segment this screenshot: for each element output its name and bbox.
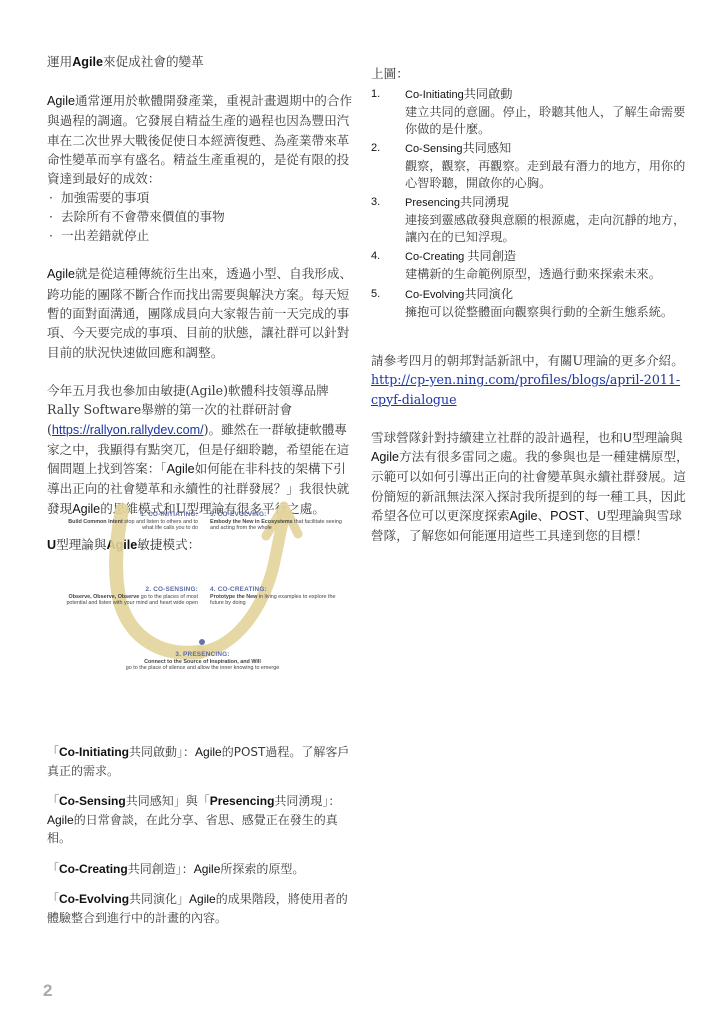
step-1-text: stop and listen to others and to what li… [123,519,198,532]
step-4-bold: Prototype the New [210,594,257,600]
rally-link[interactable]: https://rallyon.rallydev.com/ [52,423,204,437]
diagram-step-5: 5. CO-EVOLVING: Embody the New in Ecosys… [210,512,345,532]
closing-text-1: 雪球營隊針對持續建立社群的設計過程，也和U型理論與 [371,430,682,445]
u-agile-mapping: 「Co-Initiating共同啟動」：Agile的POST過程。了解客戶真正的… [47,743,357,939]
step-3-bold: Connect to the Source of Inspiration, an… [80,659,325,666]
step-title: Co-Initiating共同啟動 [405,85,693,104]
mapping-term: Co-Initiating [59,745,129,759]
bullet-icon: · [49,188,61,207]
step-1-bold: Build Common Intent [68,519,123,525]
list-item: ·加強需要的事項 [47,188,357,207]
bracket-open: 「 [47,794,59,808]
step-desc: 建立共同的意圖。停止，聆聽其他人，了解生命需要你做的是什麼。 [405,104,693,137]
mapping-term: Co-Evolving [59,892,129,906]
list-item-text: 去除所有不會帶來價值的事物 [61,209,225,224]
diagram-step-3: 3. PRESENCING: Connect to the Source of … [80,652,325,672]
mapping-agile: Agile [47,813,74,827]
step-3-head: 3. PRESENCING: [80,652,325,659]
step-number: 5. [371,285,380,303]
step-2-head: 2. CO-SENSING: [60,587,198,594]
right-column: 上圖： 1. Co-Initiating共同啟動 建立共同的意圖。停止，聆聽其他… [371,64,693,546]
mapping-agile: Agile [195,745,222,759]
intro-text: 通常運用於軟體開發產業，重視計畫週期中的合作與過程的調適。它發展自精益生產的過程… [47,93,352,186]
step-en: Co-Creating [405,251,467,263]
closing-post: POST [550,509,584,523]
step-desc: 觀察，觀察，再觀察。走到最有潛力的地方，用你的心智聆聽，開啟你的心胸。 [405,158,693,191]
mapping-agile: Agile [189,892,216,906]
step-title: Co-Sensing共同感知 [405,139,693,158]
list-item: ·去除所有不會帶來價值的事物 [47,207,357,226]
bracket-open: 「 [47,892,59,906]
closing-paragraph: 雪球營隊針對持續建立社群的設計過程，也和U型理論與Agile方法有很多雷同之處。… [371,428,693,546]
closing-agile-2: Agile [510,509,538,523]
reference-text: 請參考四月的朝邦對話新訊中，有關U理論的更多介紹。 [371,353,684,368]
step-title: Co-Evolving共同演化 [405,285,693,304]
step-en: Co-Initiating [405,89,464,101]
step-5-bold: Embody the New in Ecosystems [210,519,293,525]
step-title: Presencing共同湧現 [405,193,693,212]
step-zh: 共同創造 [467,249,516,263]
mapping-zh: 共同啟動」： [129,745,195,759]
above-label: 上圖： [371,64,693,83]
mapping-co-initiating: 「Co-Initiating共同啟動」：Agile的POST過程。了解客戶真正的… [47,743,357,780]
article-title: 運用Agile來促成社會的變革 [47,52,357,72]
lean-principles-list: ·加強需要的事項 ·去除所有不會帶來價值的事物 ·一出差錯就停止 [47,188,357,245]
agile-lead: Agile [47,267,75,281]
step-zh: 共同湧現 [460,195,509,209]
mapping-co-evolving: 「Co-Evolving共同演化」Agile的成果階段，將使用者的體驗整合到進行… [47,890,357,927]
u-theory-diagram: 1. CO-INITIATING: Build Common Intent st… [60,492,345,702]
list-item: ·一出差錯就停止 [47,226,357,245]
step-title: Co-Creating 共同創造 [405,247,693,266]
mapping-co-sensing-presencing: 「Co-Sensing共同感知」與「Presencing共同湧現」：Agile的… [47,792,357,848]
diagram-step-2: 2. CO-SENSING: Observe, Observe, Observe… [60,587,198,607]
mapping-zh-2: 共同湧現」： [274,794,340,808]
step-2-bold: Observe, Observe, Observe [69,594,140,600]
step-en: Co-Sensing [405,143,462,155]
bracket-open: 「 [47,862,59,876]
step-1-head: 1. CO-INITIATING: [60,512,198,519]
step-en: Co-Evolving [405,289,464,301]
mapping-term-2: Presencing [210,794,275,808]
bullet-icon: · [49,207,61,226]
u-step-2: 2. Co-Sensing共同感知 觀察，觀察，再觀察。走到最有潛力的地方，用你… [371,139,693,191]
intro-lead: Agile [47,94,75,108]
list-item-text: 加強需要的事項 [61,190,149,205]
heading-u: U [47,538,56,552]
step-desc: 擁抱可以從整體面向觀察與行動的全新生態系統。 [405,304,693,321]
u-step-5: 5. Co-Evolving共同演化 擁抱可以從整體面向觀察與行動的全新生態系統… [371,285,693,321]
closing-agile-1: Agile [371,450,399,464]
bracket-open: 「 [47,745,59,759]
step-number: 1. [371,85,380,103]
page-number: 2 [43,981,52,1001]
step-zh: 共同感知 [462,141,511,155]
mapping-co-creating: 「Co-Creating共同創造」：Agile所探索的原型。 [47,860,357,879]
step-zh: 共同演化 [464,287,513,301]
step-3-text: go to the place of silence and allow the… [80,665,325,672]
agile-paragraph: Agile就是從這種傳統衍生出來，透過小型、自我形成、跨功能的團隊不斷合作而找出… [47,264,357,361]
rally-agile-1: Agile [167,462,195,476]
agile-text: 就是從這種傳統衍生出來，透過小型、自我形成、跨功能的團隊不斷合作而找出需要與解決… [47,266,352,359]
u-step-3: 3. Presencing共同湧現 連接到靈感啟發與意願的根源處，走向沉靜的地方… [371,193,693,245]
u-step-4: 4. Co-Creating 共同創造 建構新的生命範例原型，透過行動來探索未來… [371,247,693,283]
mapping-desc: 所探索的原型。 [220,862,304,876]
step-en: Presencing [405,197,460,209]
title-prefix: 運用 [47,54,72,69]
bullet-icon: · [49,226,61,245]
mapping-agile: Agile [194,862,221,876]
mapping-term: Co-Sensing [59,794,126,808]
closing-text-3: 、 [538,508,551,523]
mapping-zh: 共同創造」： [128,862,194,876]
step-5-head: 5. CO-EVOLVING: [210,512,345,519]
mapping-zh: 共同演化」 [129,892,189,906]
step-number: 3. [371,193,380,211]
reference-paragraph: 請參考四月的朝邦對話新訊中，有關U理論的更多介紹。http://cp-yen.n… [371,351,693,409]
u-step-1: 1. Co-Initiating共同啟動 建立共同的意圖。停止，聆聽其他人，了解… [371,85,693,137]
step-zh: 共同啟動 [464,87,513,101]
diagram-step-1: 1. CO-INITIATING: Build Common Intent st… [60,512,198,532]
dialogue-link[interactable]: http://cp-yen.ning.com/profiles/blogs/ap… [371,372,680,406]
intro-paragraph: Agile通常運用於軟體開發產業，重視計畫週期中的合作與過程的調適。它發展自精益… [47,91,357,188]
mapping-term: Co-Creating [59,862,128,876]
list-item-text: 一出差錯就停止 [61,228,149,243]
left-column: 運用Agile來促成社會的變革 Agile通常運用於軟體開發產業，重視計畫週期中… [47,52,357,555]
step-number: 4. [371,247,380,265]
title-suffix: 來促成社會的變革 [103,54,204,69]
step-desc: 連接到靈感啟發與意願的根源處，走向沉靜的地方，讓內在的已知浮現。 [405,212,693,245]
step-number: 2. [371,139,380,157]
title-agile: Agile [72,55,103,69]
step-desc: 建構新的生命範例原型，透過行動來探索未來。 [405,266,693,283]
diagram-step-4: 4. CO-CREATING: Prototype the New in liv… [210,587,340,607]
step-4-head: 4. CO-CREATING: [210,587,340,594]
mapping-zh: 共同感知」與「 [126,794,210,808]
mapping-desc: 的日常會談，在此分享、省思、感覺正在發生的真相。 [47,813,338,846]
